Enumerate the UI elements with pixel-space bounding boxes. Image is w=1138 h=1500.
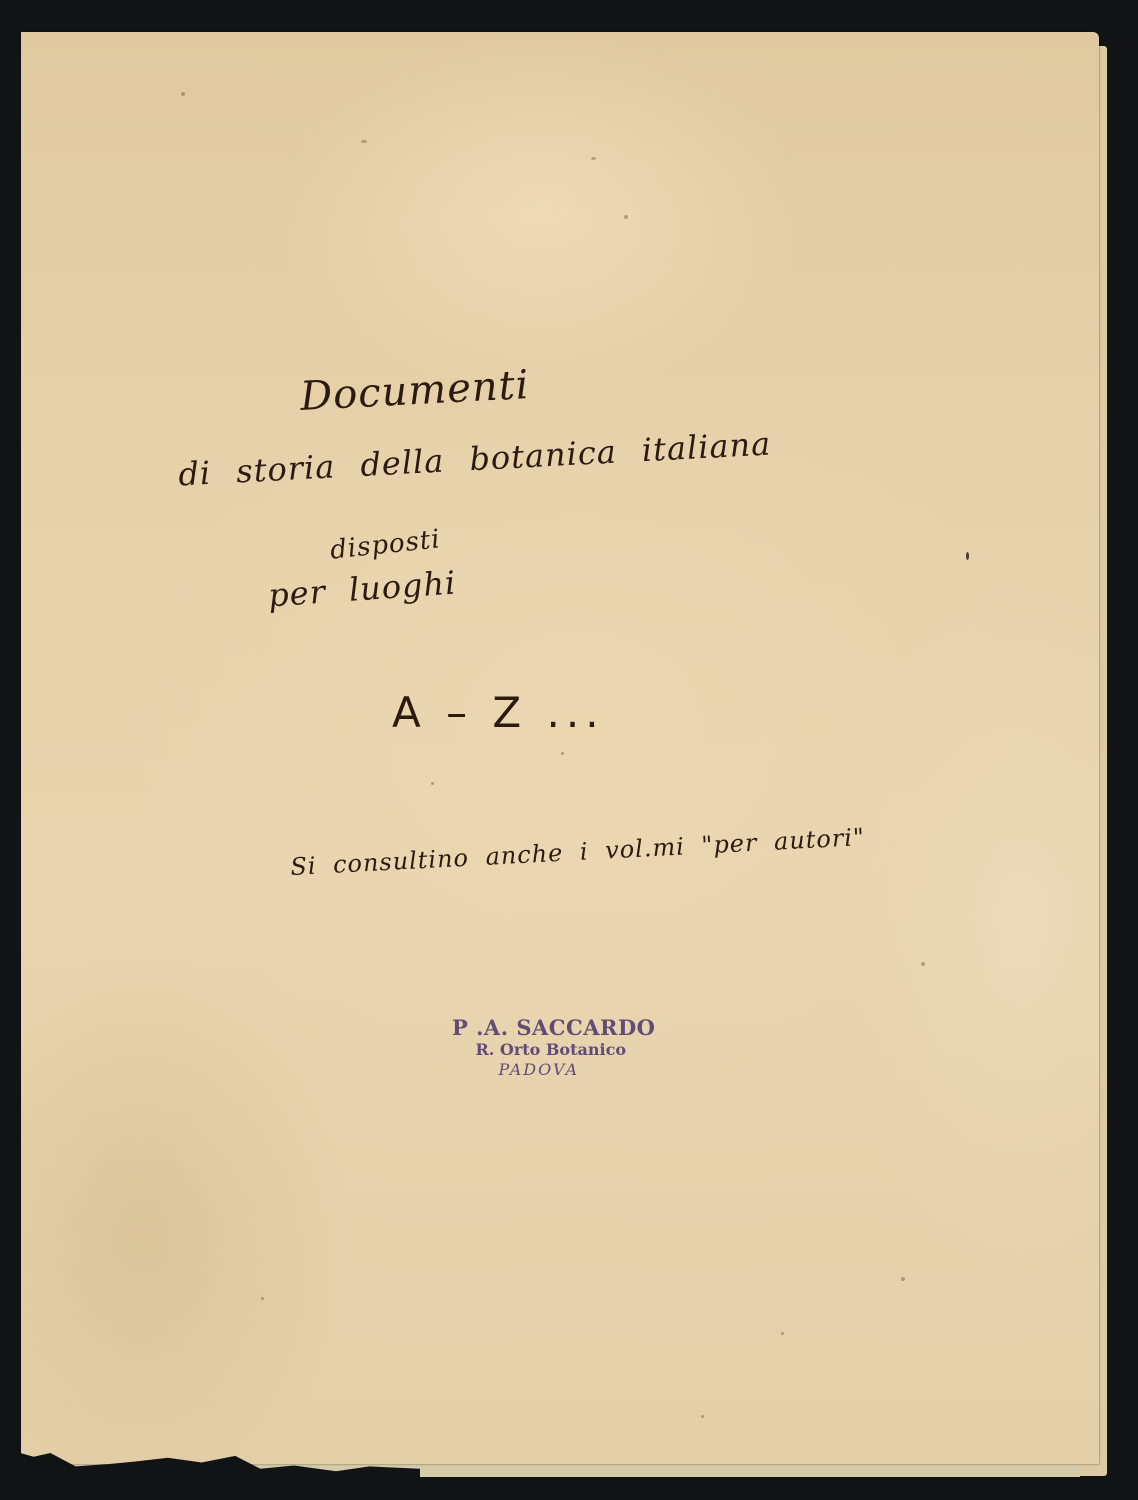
document-page (21, 32, 1099, 1464)
handwritten-range: A – Z ... (392, 688, 605, 737)
stamp-institution: R. Orto Botanico (446, 1040, 655, 1060)
ownership-stamp: P .A. SACCARDO R. Orto Botanico PADOVA (452, 1016, 655, 1080)
stamp-name: P .A. SACCARDO (452, 1016, 655, 1040)
stamp-city: PADOVA (422, 1060, 655, 1080)
